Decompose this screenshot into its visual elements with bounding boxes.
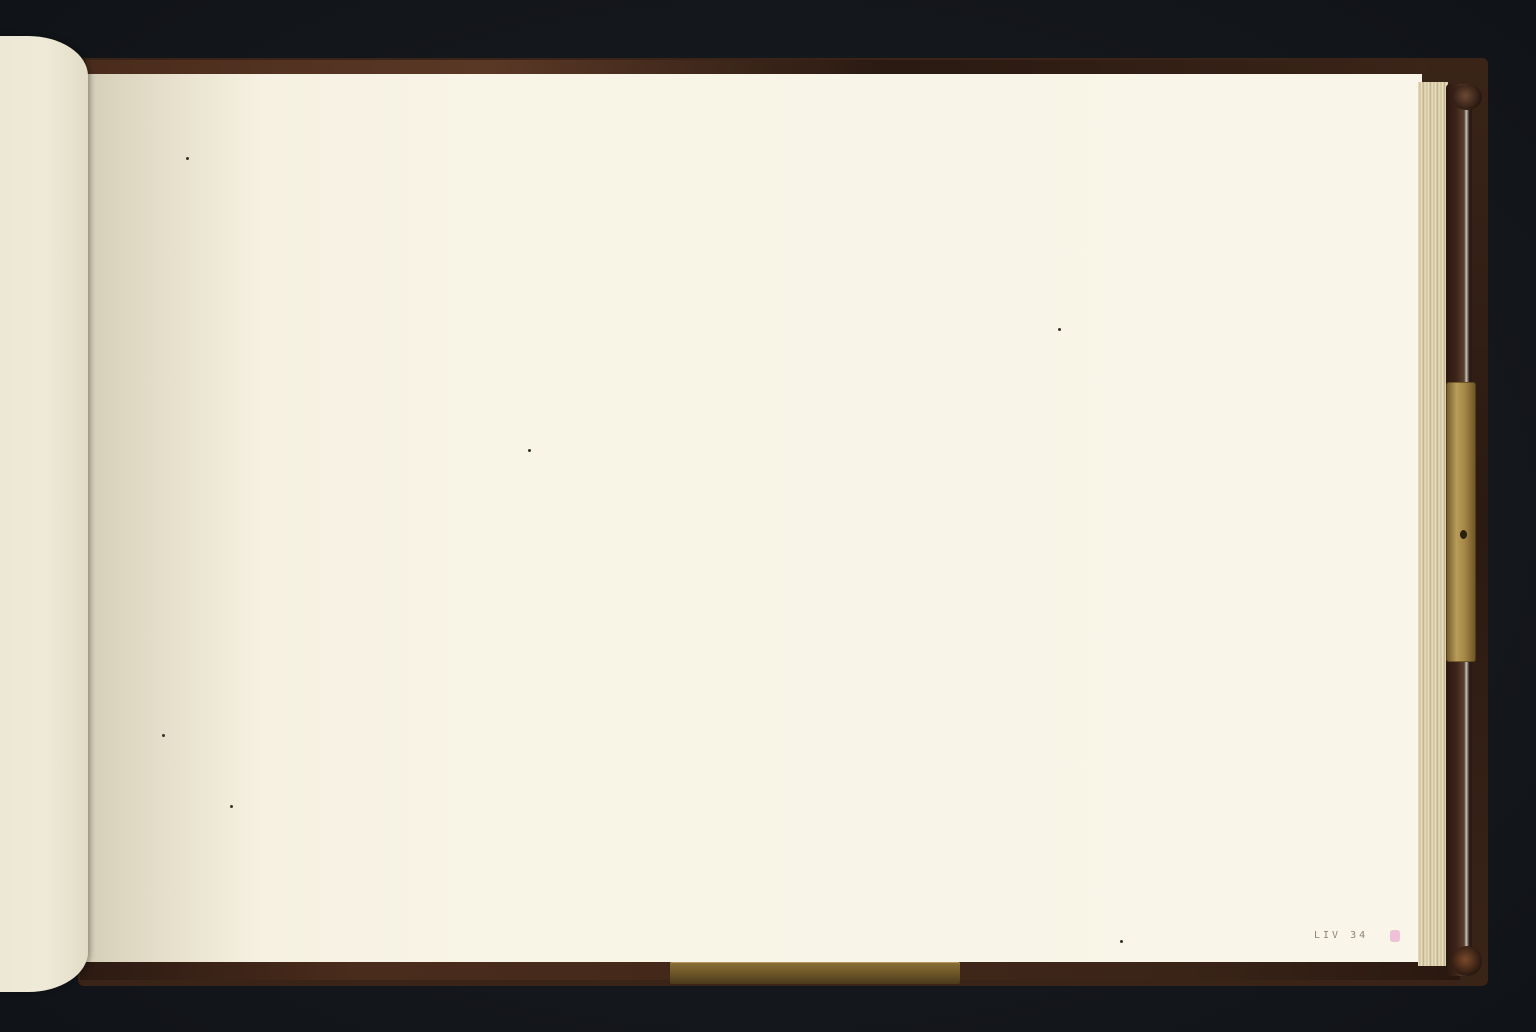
right-page	[86, 74, 1422, 962]
spine-bottom-corner	[1452, 946, 1482, 976]
paper-speck	[162, 734, 165, 737]
clasp-hole	[1460, 530, 1467, 539]
paper-speck	[1058, 328, 1061, 331]
pink-stamp-mark	[1390, 930, 1400, 942]
paper-speck	[230, 805, 233, 808]
spine-top-corner	[1452, 84, 1482, 110]
page-fore-edge	[1418, 82, 1448, 966]
left-page-curled	[0, 36, 88, 992]
paper-speck	[186, 157, 189, 160]
paper-speck	[1120, 940, 1123, 943]
brass-clasp-bottom	[670, 962, 960, 984]
inventory-mark: LIV 34	[1314, 930, 1368, 941]
paper-speck	[528, 449, 531, 452]
page-gutter-shadow	[86, 74, 266, 962]
brass-clasp-right	[1446, 382, 1476, 662]
